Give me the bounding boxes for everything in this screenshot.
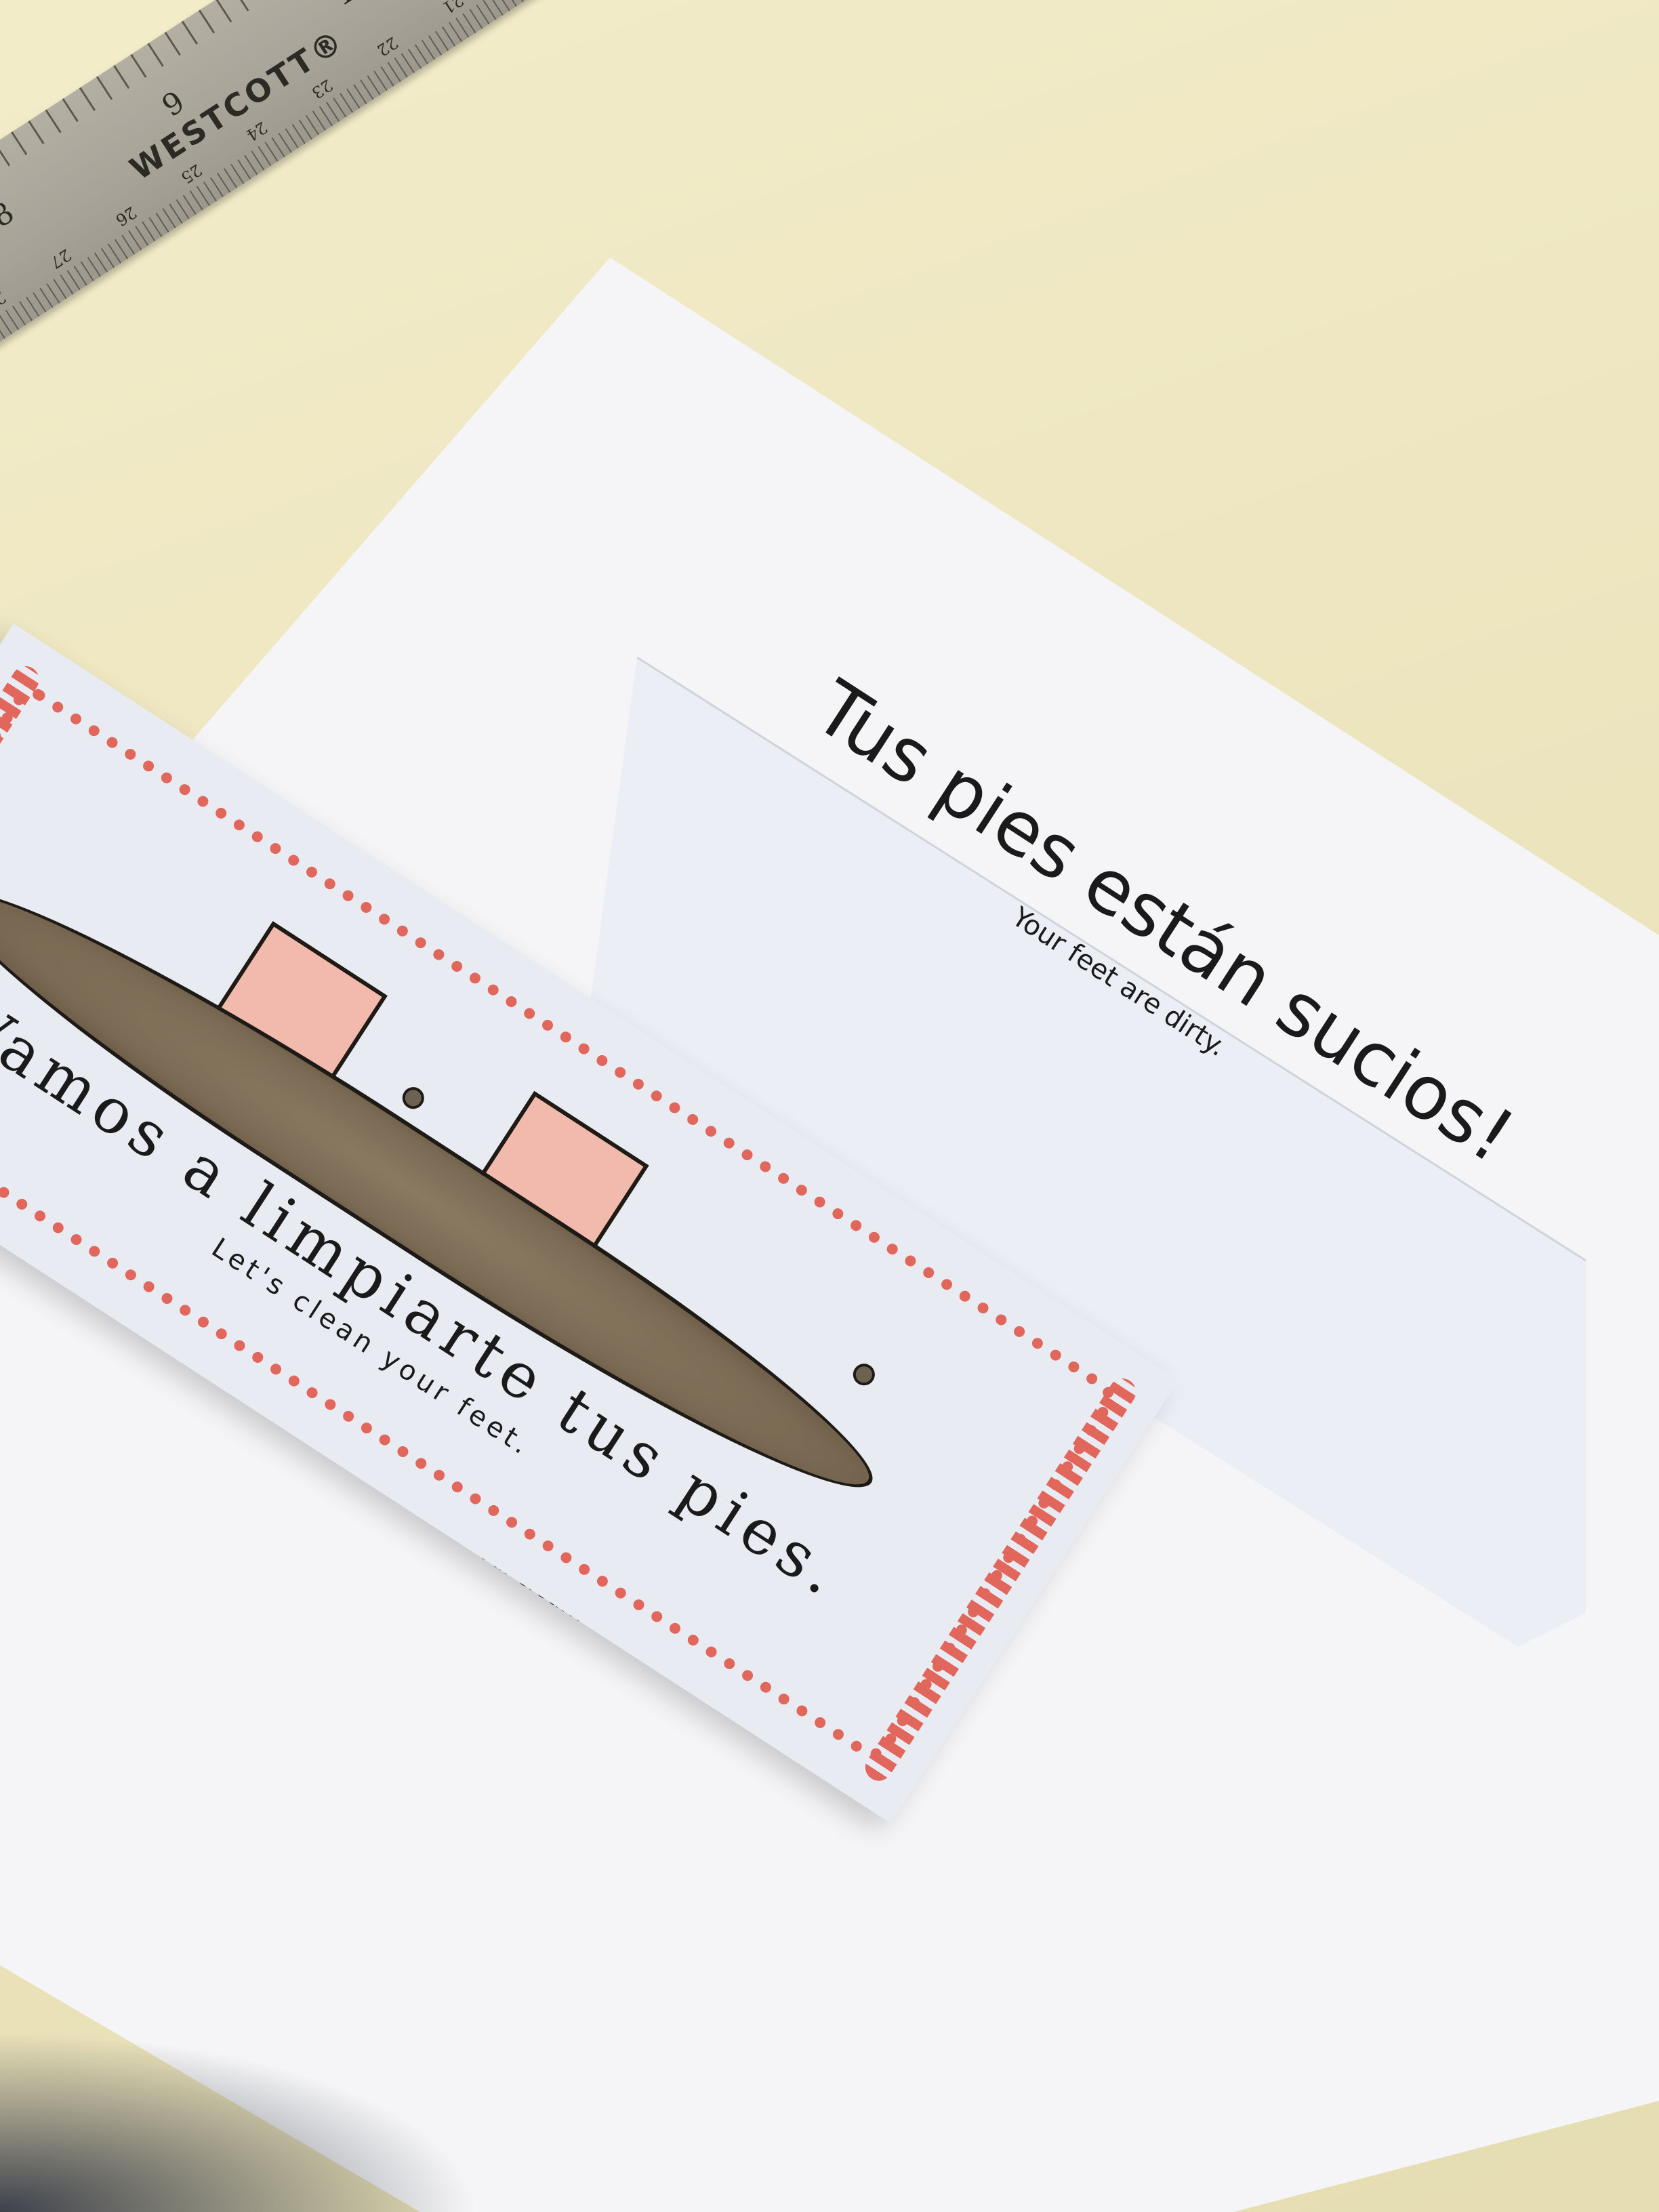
- ruler-inch-label: 8: [0, 195, 20, 234]
- ruler-inch-label: 10: [327, 0, 377, 13]
